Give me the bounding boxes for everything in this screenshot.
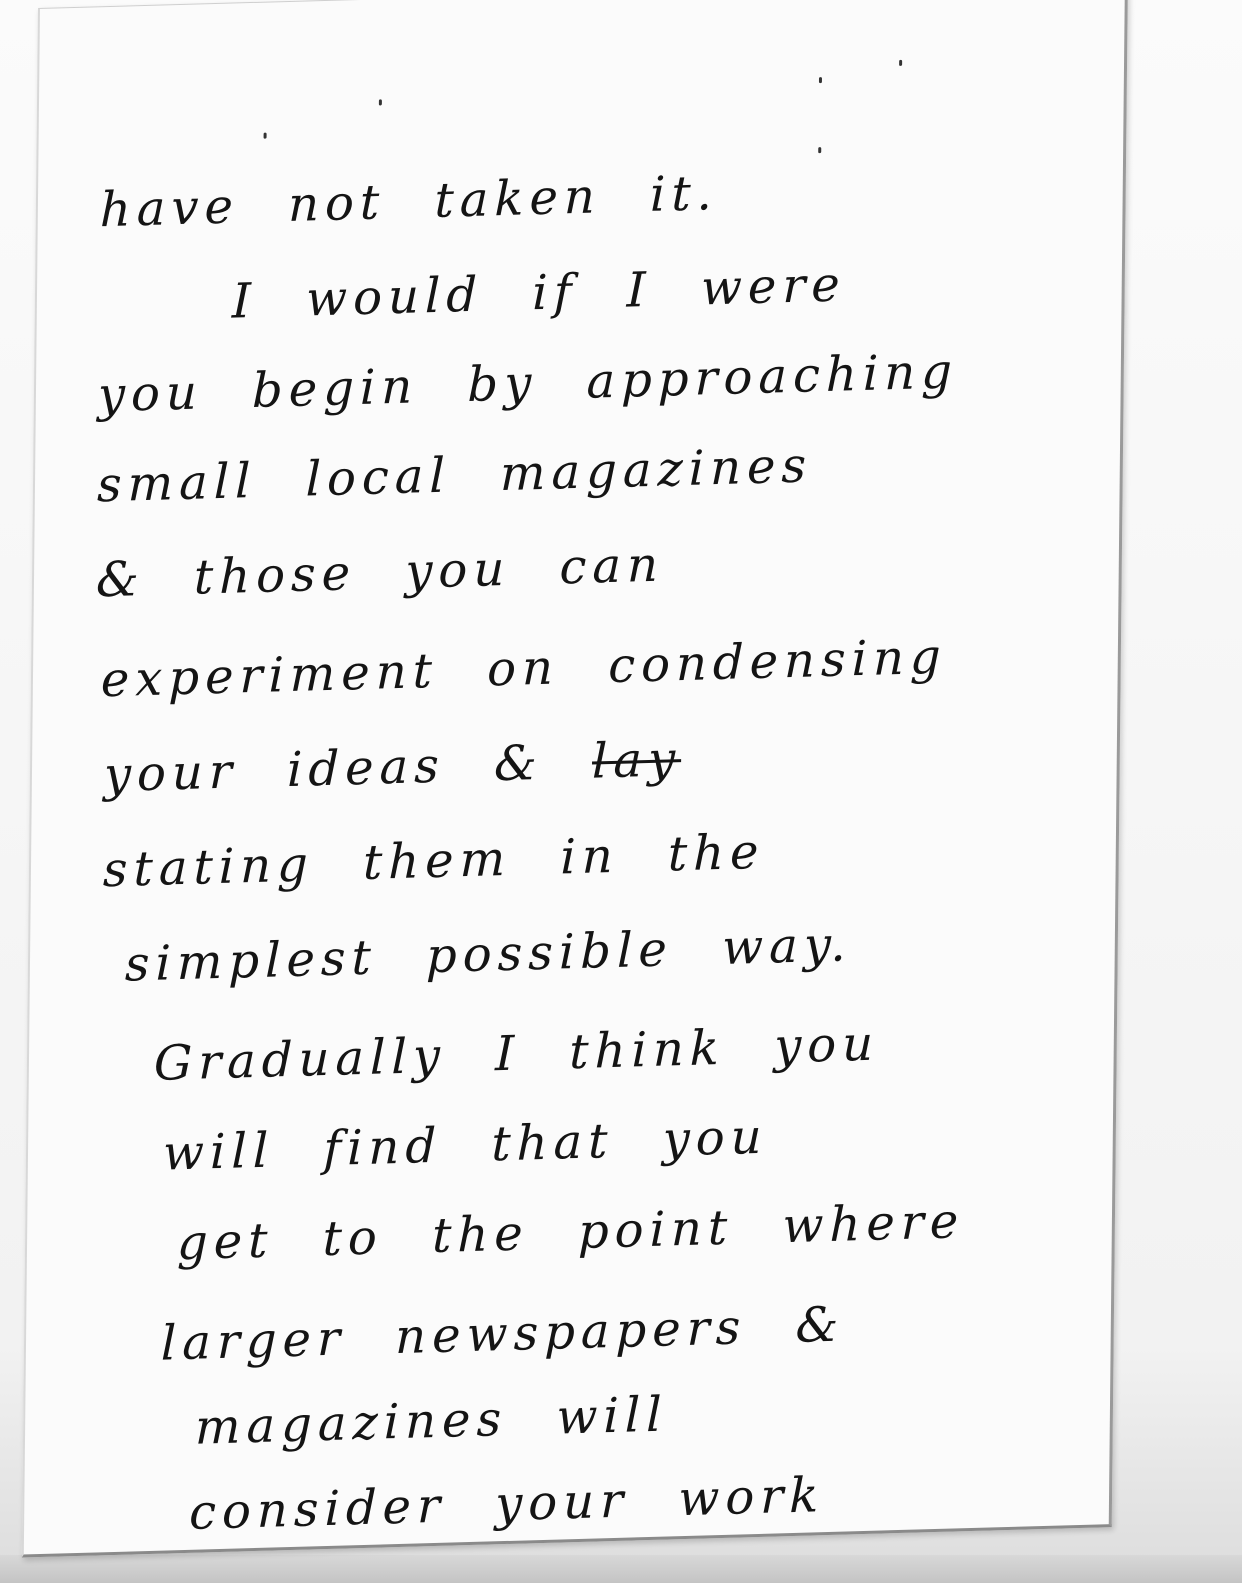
- letter-line-10: Gradually I think you: [154, 1016, 880, 1092]
- letter-line-7: your ideas & lay: [104, 731, 682, 803]
- ink-speck: [899, 60, 902, 66]
- letter-line-14: magazines will: [195, 1386, 668, 1455]
- letter-line-6: experiment on condensing: [101, 629, 947, 709]
- letter-line-1: have not taken it.: [100, 165, 719, 238]
- letter-line-7-text: your ideas &: [104, 735, 543, 803]
- letter-line-4: small local magazines: [97, 437, 813, 513]
- letter-line-11: will find that you: [163, 1109, 768, 1182]
- ink-speck: [379, 99, 382, 105]
- letter-line-12: get to the point where: [177, 1193, 965, 1271]
- letter-line-3: you begin by approaching: [98, 343, 959, 423]
- ink-speck: [819, 77, 822, 83]
- letter-line-8: stating them in the: [103, 824, 765, 899]
- letter-line-5: & those you can: [96, 537, 665, 609]
- ink-speck: [818, 147, 821, 153]
- letter-page: have not taken it. I would if I were you…: [22, 0, 1128, 1558]
- letter-line-9: simplest possible way.: [125, 916, 852, 992]
- letter-line-2: I would if I were: [232, 256, 846, 329]
- letter-line-13: larger newspapers &: [161, 1297, 845, 1372]
- letter-line-15: consider your work: [189, 1467, 825, 1541]
- surface-below-page: [0, 1555, 1242, 1583]
- ink-speck: [264, 133, 267, 139]
- struck-word: lay: [592, 731, 682, 790]
